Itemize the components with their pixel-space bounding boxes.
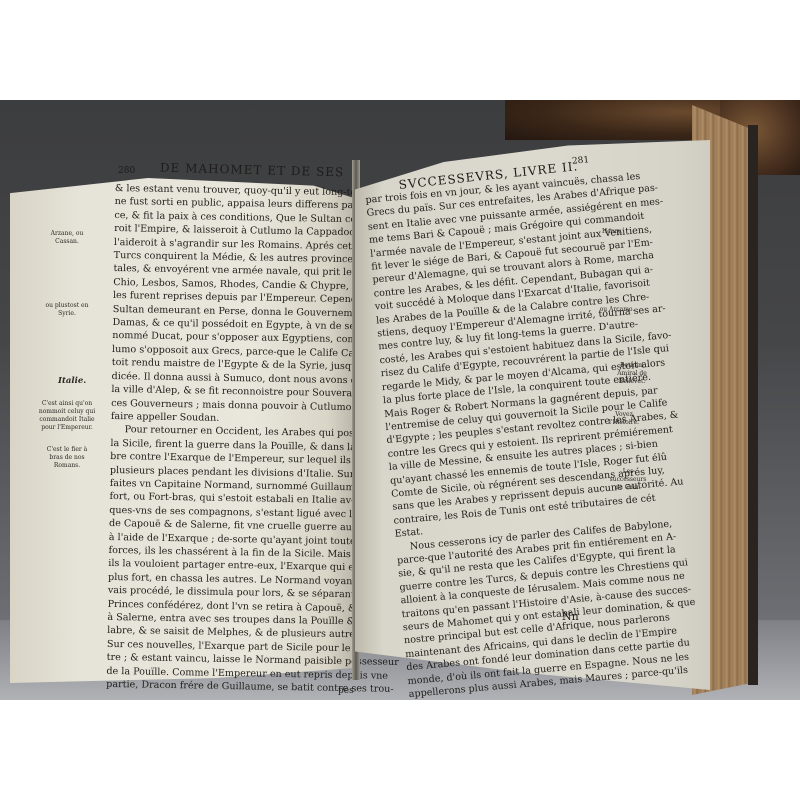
margin-note: Henry. (592, 228, 632, 236)
photo-scene: 280 DE MAHOMET ET DE SES & les estant ve… (0, 100, 800, 700)
right-text-block: par trois fois en vn jour, & les ayant v… (365, 171, 668, 700)
margin-note: ou Arcamo. (592, 306, 642, 314)
margin-note: Les successeurs de Cain. (606, 468, 650, 492)
signature-mark: Nn (562, 610, 579, 623)
right-page-content: 281 SVCCESSEVRS, LIVRE II. par trois foi… (0, 100, 800, 700)
margin-note: Betinim Amiral de Bellevet. (610, 362, 654, 386)
margin-note: Voyez l'Histoire. (602, 411, 646, 427)
